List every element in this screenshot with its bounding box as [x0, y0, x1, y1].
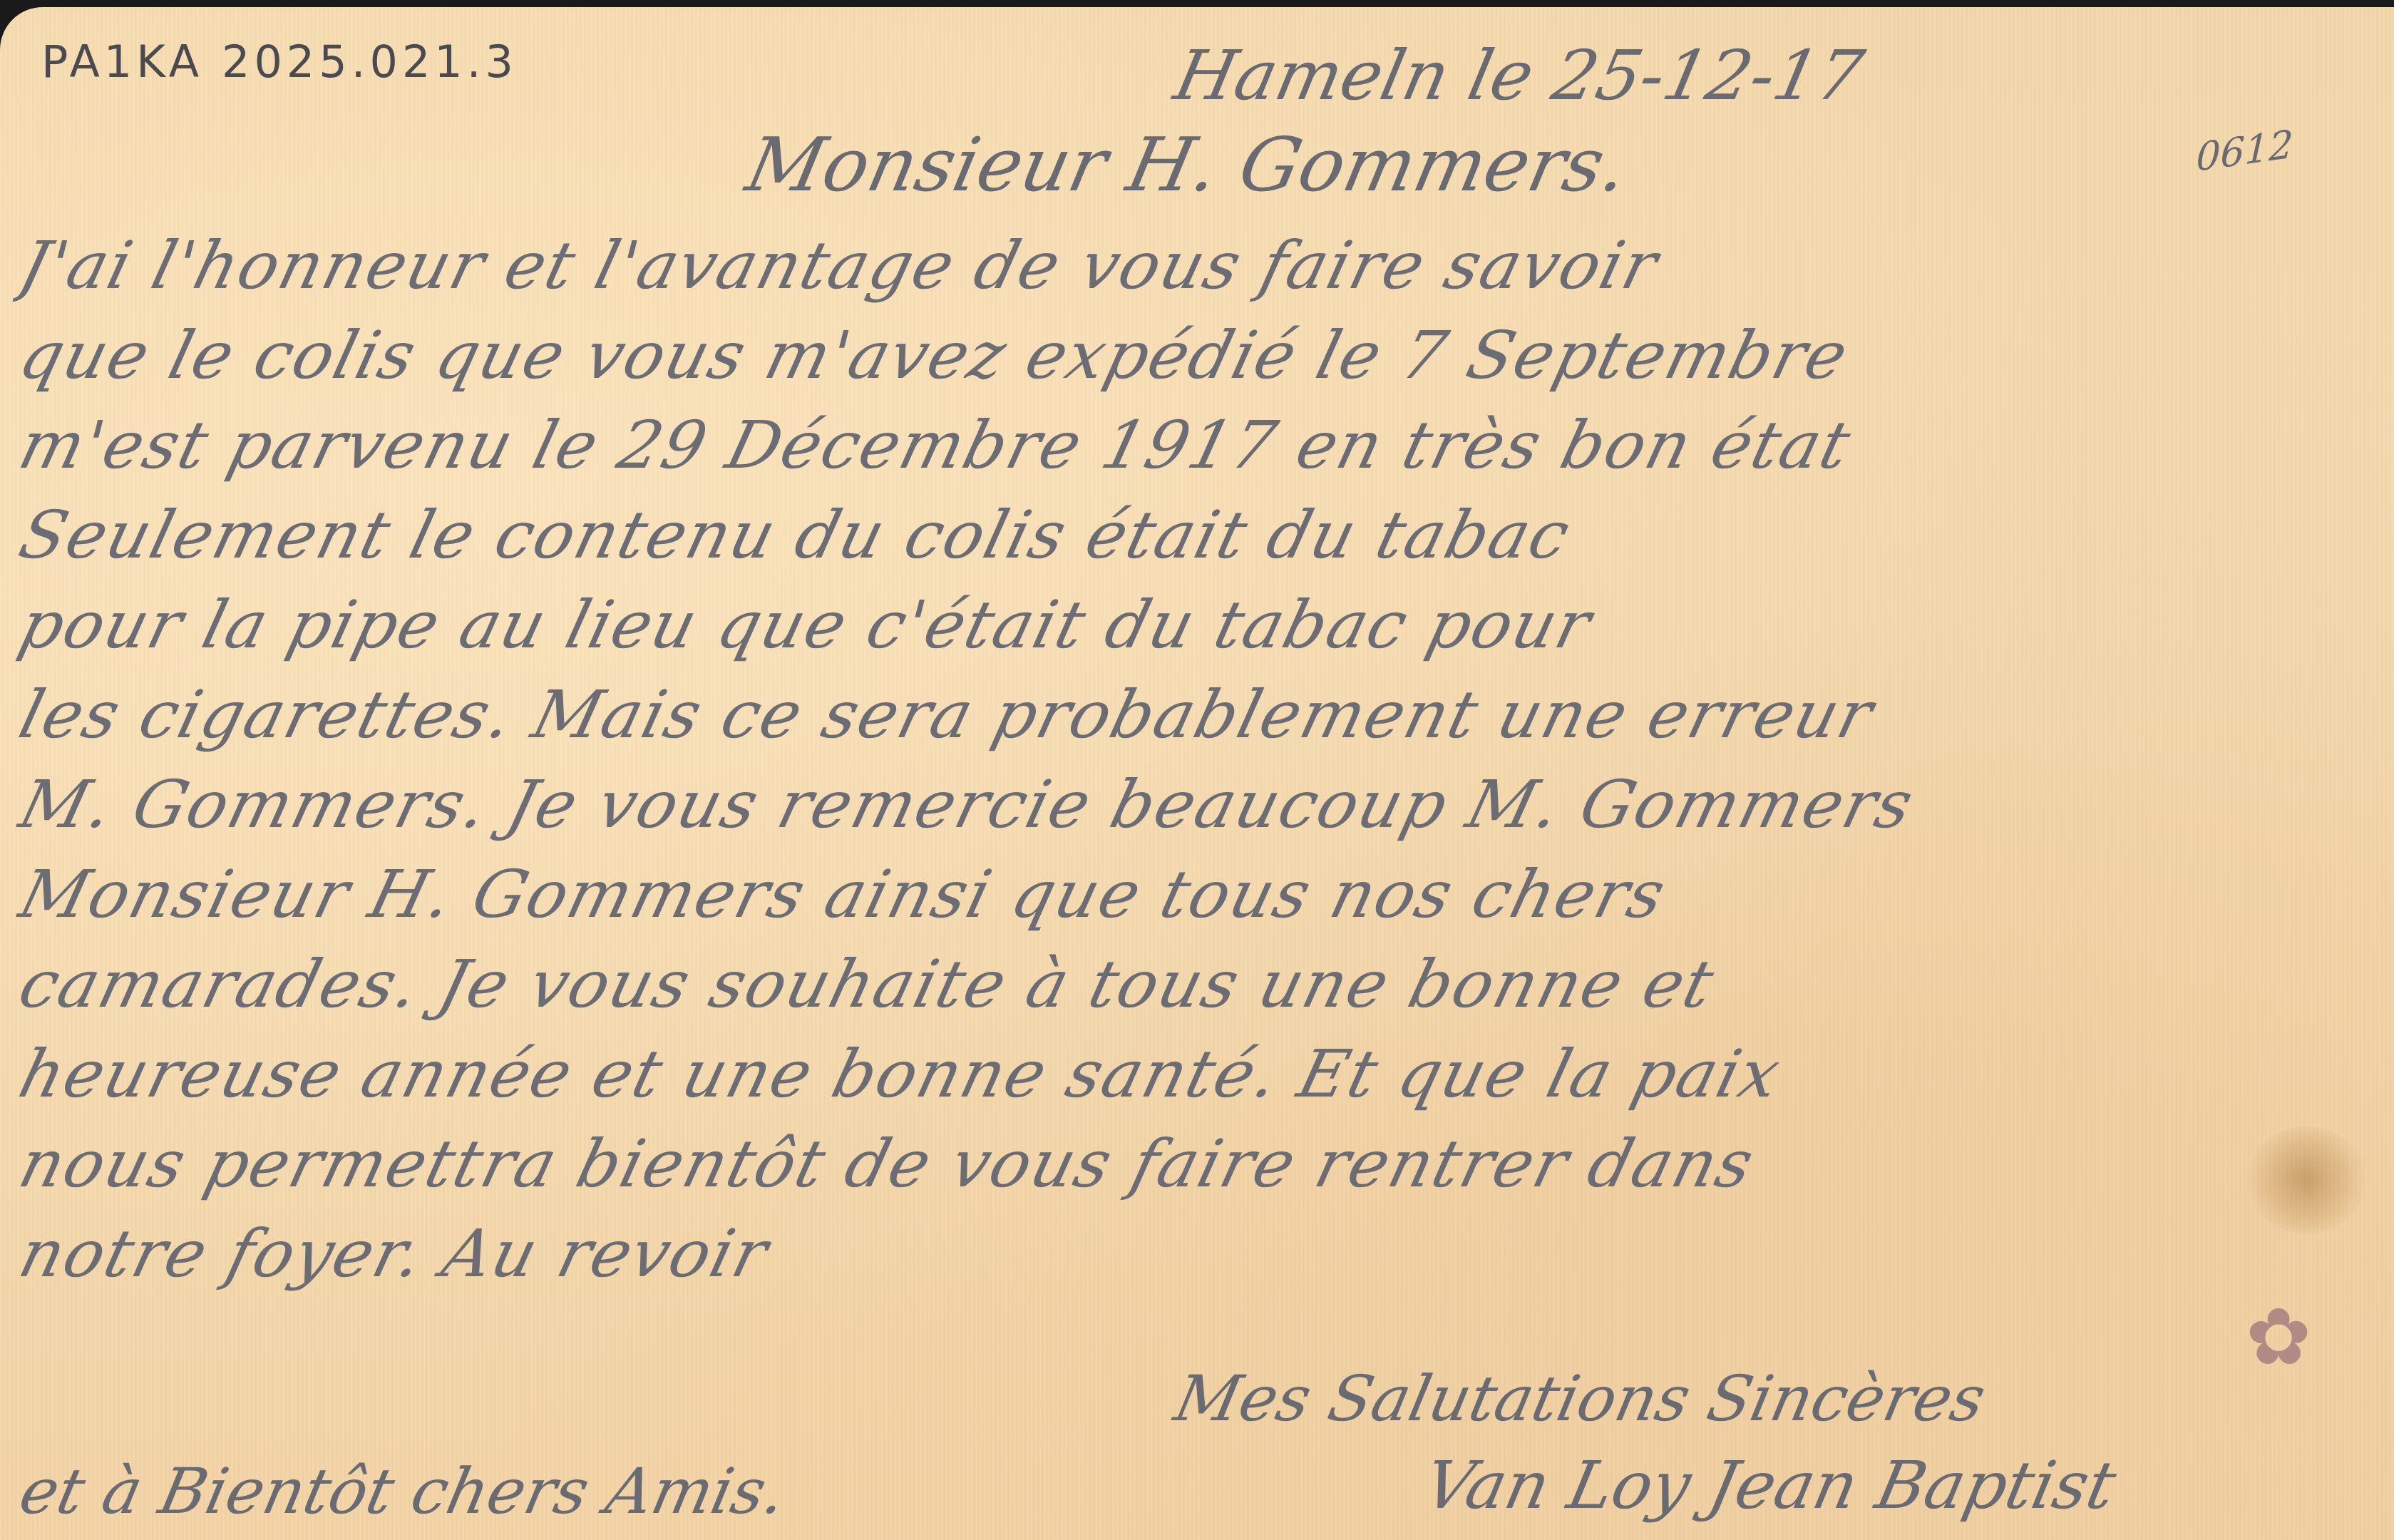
signature: Van Loy Jean Baptist: [1418, 1447, 2122, 1524]
body-line: les cigarettes. Mais ce sera probablemen…: [10, 670, 2385, 760]
body-line: Monsieur H. Gommers ainsi que tous nos c…: [10, 850, 2385, 940]
salutation: Monsieur H. Gommers.: [739, 121, 1635, 208]
body-line: pour la pipe au lieu que c'était du taba…: [10, 580, 2385, 670]
place-date: Hameln le 25-12-17: [1168, 36, 1870, 115]
body-line: notre foyer. Au revoir: [10, 1209, 2385, 1299]
body-line: m'est parvenu le 29 Décembre 1917 en trè…: [10, 401, 2385, 491]
archive-pencil-note: 0612: [2196, 121, 2294, 180]
stain-mark: [2246, 1126, 2367, 1233]
body-line: que le colis que vous m'avez expédié le …: [10, 311, 2385, 401]
flower-doodle-icon: ✿: [2246, 1298, 2324, 1376]
archive-reference: PA1KA 2025.021.3: [41, 36, 518, 88]
closing-farewell: et à Bientôt chers Amis.: [14, 1454, 793, 1528]
body-line: J'ai l'honneur et l'avantage de vous fai…: [10, 221, 2385, 311]
letter-body: J'ai l'honneur et l'avantage de vous fai…: [21, 221, 2374, 1299]
body-line: camarades. Je vous souhaite à tous une b…: [10, 940, 2385, 1030]
postcard: PA1KA 2025.021.3 Hameln le 25-12-17 0612…: [0, 7, 2394, 1540]
body-line: Seulement le contenu du colis était du t…: [10, 491, 2385, 580]
closing-salutations: Mes Salutations Sincères: [1168, 1362, 1992, 1435]
body-line: nous permettra bientôt de vous faire ren…: [10, 1119, 2385, 1209]
body-line: heureuse année et une bonne santé. Et qu…: [10, 1030, 2385, 1119]
body-line: M. Gommers. Je vous remercie beaucoup M.…: [10, 760, 2385, 850]
